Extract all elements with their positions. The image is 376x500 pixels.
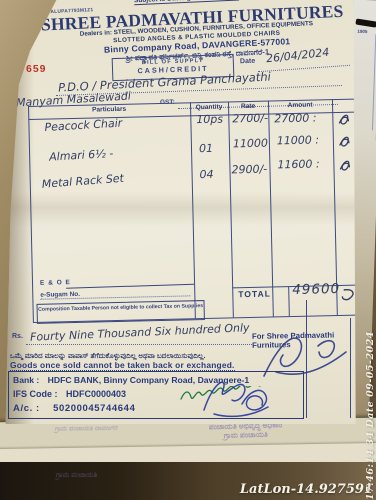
ifs-label: IFS Code : (13, 389, 58, 399)
item-rate: 2900/- (231, 163, 267, 177)
rs-dotted-line (26, 344, 252, 345)
column-divider (228, 101, 234, 317)
rs-label: Rs. (12, 333, 23, 340)
invoice-paper: Subject to Davangere Jurisdiction M : 98… (0, 0, 376, 424)
bank-label: Bank : (13, 375, 39, 385)
item-quantity: 04 (199, 168, 213, 181)
item-rate: 2700/- (232, 112, 268, 126)
account-label: A/c. : (13, 403, 40, 414)
col-header-quantity: Quantity (190, 103, 228, 111)
faint-stamp: ಗ್ರಾಮ ಪಂಚಾಯತಿ ದಾವಣಗೆರೆ (55, 425, 118, 434)
composition-note-box: Composition Taxable Person not eligible … (36, 300, 204, 324)
account-value: 50200045744644 (53, 403, 135, 414)
ifs-row: IFS Code : HDFC0000403 (13, 389, 126, 399)
composition-note: Composition Taxable Person not eligible … (38, 304, 204, 313)
date-label: Date (240, 58, 255, 66)
column-divider (190, 102, 196, 318)
item-amount: 27000 : (274, 111, 316, 125)
item-amount: 11600 : (277, 157, 319, 171)
timestamp-overlay-vertical: 17:46:14.34 Date 09-05-2024 (365, 330, 376, 500)
item-quantity: 01 (199, 142, 213, 155)
jurisdiction-note: Subject to Davangere Jurisdiction (134, 0, 239, 5)
underlying-page-number: 1905 (357, 29, 367, 34)
paise-scribble (337, 157, 353, 173)
paise-scribble (336, 111, 352, 127)
authoriser-signature (192, 368, 280, 422)
item-particulars: Almari 6½ - (49, 147, 114, 164)
column-divider (268, 101, 274, 317)
col-header-amount: Amount (268, 101, 332, 109)
col-header-rate: Rate (228, 103, 268, 111)
bill-number: 659 (26, 63, 47, 75)
total-label: TOTAL (238, 289, 271, 300)
date-dotted-line (258, 65, 350, 72)
item-particulars: Metal Rack Set (41, 172, 124, 191)
ink-mark (355, 18, 376, 27)
stamp-line2: ಗ್ರಾಮ ಪಂಚಾಯತಿ (209, 430, 283, 442)
account-row: A/c. : 50200045744644 (13, 403, 135, 414)
total-value-handwritten: 49600 (292, 281, 340, 298)
amount-in-words-handwritten: Fourty Nine Thousand Six hundred Only (30, 321, 250, 344)
eoe-label: E & O E (40, 279, 71, 287)
item-rate: 11000 (233, 137, 268, 151)
item-amount: 11000 : (277, 133, 319, 147)
esugam-label: e-Sugam No. (40, 288, 190, 299)
items-table: Particulars Quantity Rate Amount Peacock… (28, 99, 359, 320)
latlon-overlay: LatLon-14.927591 (240, 482, 373, 497)
ifs-value: HDFC0000403 (66, 389, 126, 399)
faint-stamp-deep: ಗ್ರಾಮ ಪಂಚಾಯತಿ (56, 472, 97, 480)
paise-scribble (337, 133, 353, 149)
underlying-page-rule (372, 34, 376, 130)
item-quantity: 10ps (196, 113, 223, 127)
total-box-border (288, 286, 290, 316)
